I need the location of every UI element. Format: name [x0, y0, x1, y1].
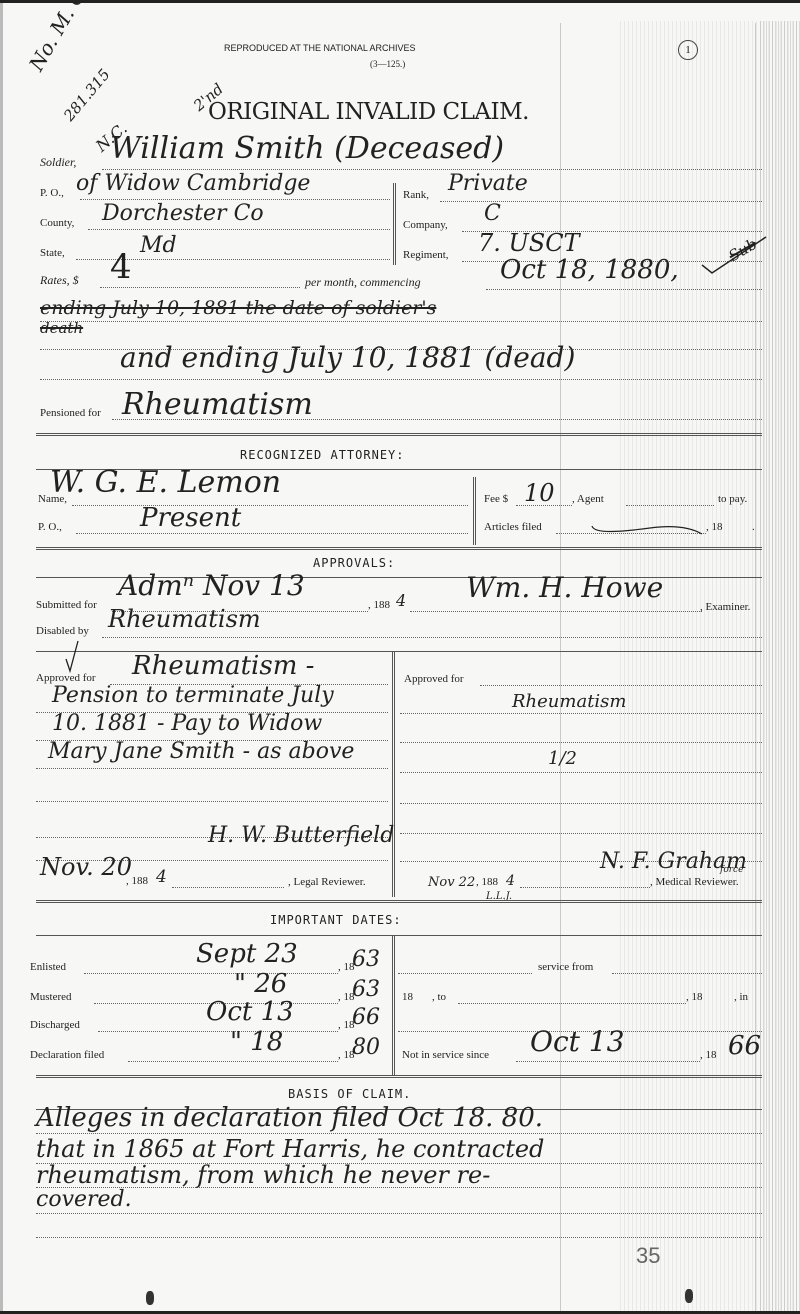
section-divider	[36, 900, 762, 903]
state-label: State,	[40, 247, 65, 259]
regiment-label: Regiment,	[403, 249, 449, 261]
legal-review-date: Nov. 20	[40, 853, 132, 881]
legal-reviewer-signature: H. W. Butterfield	[208, 823, 394, 848]
enlisted-line	[84, 973, 338, 974]
page-left-edge	[0, 3, 3, 1314]
not-in-service-year-suffix: 66	[728, 1031, 761, 1061]
left-approved-line-4-text: Mary Jane Smith - as above	[48, 739, 354, 764]
service-from-label: service from	[538, 961, 593, 973]
discharged-line	[98, 1031, 338, 1032]
soldier-line	[102, 169, 762, 170]
attorney-po-label: P. O.,	[38, 521, 62, 533]
articles-filed-period: .	[752, 521, 755, 533]
service-prefix-line	[398, 973, 532, 974]
agent-label: , Agent	[572, 493, 604, 505]
scan-texture-edge	[760, 21, 800, 1311]
approvals-section-title: APPROVALS:	[313, 556, 395, 570]
right-approved-line-1	[480, 685, 762, 686]
right-approved-fraction: 1/2	[548, 748, 577, 769]
margin-note-certificate: 281.315	[60, 65, 114, 124]
soldier-column-divider	[393, 183, 396, 265]
basis-line-4-text: covered.	[36, 1187, 132, 1212]
fee-label: Fee $	[484, 493, 508, 505]
articles-filed-label: Articles filed	[484, 521, 542, 533]
commencing-value: Oct 18, 1880,	[500, 255, 679, 285]
submitted-year-suffix: 4	[396, 591, 406, 610]
legal-reviewer-label: , Legal Reviewer.	[288, 876, 366, 888]
rank-label: Rank,	[403, 189, 429, 201]
submitted-for-value: Admⁿ Nov 13	[118, 569, 305, 602]
section-divider	[36, 547, 762, 550]
pensioned-for-value: Rheumatism	[122, 387, 313, 422]
attorney-name-value: W. G. E. Lemon	[50, 465, 281, 500]
rate-value: 4	[110, 247, 132, 287]
articles-filed-year: , 18	[706, 521, 723, 533]
rates-label: Rates, $	[40, 273, 79, 288]
medical-reviewer-line	[520, 887, 650, 888]
ink-blot	[146, 1291, 154, 1305]
struck-death-text: death	[40, 319, 83, 337]
form-number: (3—125.)	[370, 59, 405, 69]
dates-column-divider	[392, 935, 395, 1075]
attorney-column-divider	[473, 477, 476, 545]
fee-value: 10	[524, 479, 555, 507]
medical-note: force	[720, 865, 743, 875]
declaration-filed-label: Declaration filed	[30, 1049, 104, 1061]
right-approved-line-5	[400, 803, 762, 804]
county-line	[88, 229, 390, 230]
mustered-label: Mustered	[30, 991, 72, 1003]
commencing-line	[486, 289, 762, 290]
left-approved-line-5	[36, 801, 388, 802]
examiner-signature: Wm. H. Howe	[466, 571, 663, 604]
county-value: Dorchester Co	[102, 201, 264, 226]
medical-reviewer-label: , Medical Reviewer.	[650, 876, 739, 888]
examiner-line	[410, 611, 702, 612]
attorney-section-title: RECOGNIZED ATTORNEY:	[240, 448, 405, 462]
not-in-service-label: Not in service since	[402, 1049, 489, 1061]
dates-top-rule	[36, 935, 762, 936]
section-divider	[36, 433, 762, 436]
medical-year-prefix: , 188	[476, 876, 498, 888]
right-approved-line-6	[400, 833, 762, 834]
fold-line	[560, 23, 561, 1313]
per-month-label: per month, commencing	[305, 275, 421, 290]
right-approved-line-1-text: Rheumatism	[512, 691, 627, 712]
claim-document-page: REPRODUCED AT THE NATIONAL ARCHIVES (3—1…	[0, 0, 800, 1314]
county-label: County,	[40, 217, 74, 229]
page-number: 35	[636, 1243, 660, 1269]
not-in-service-line	[516, 1061, 700, 1062]
state-value: Md	[140, 233, 177, 258]
margin-note-number: No. M. C.	[24, 0, 93, 75]
left-approved-line-4	[36, 768, 388, 769]
rates-line	[100, 287, 300, 288]
not-in-service-year-prefix: , 18	[700, 1049, 717, 1061]
archives-stamp: REPRODUCED AT THE NATIONAL ARCHIVES	[224, 43, 416, 53]
enlisted-year-suffix: 63	[352, 947, 380, 972]
corner-number-badge: 1	[678, 40, 698, 60]
discharged-label: Discharged	[30, 1019, 80, 1031]
right-approved-for-label: Approved for	[404, 673, 464, 685]
disabled-by-value: Rheumatism	[108, 605, 261, 633]
legal-year-prefix: , 188	[126, 875, 148, 887]
to-year-label: , 18	[686, 991, 703, 1003]
basis-line-1	[36, 1133, 762, 1134]
document-title: ORIGINAL INVALID CLAIM.	[208, 99, 529, 125]
examiner-label: , Examiner.	[700, 601, 750, 613]
medical-year-suffix: 4	[506, 873, 515, 889]
discharged-year-suffix: 66	[352, 1005, 380, 1030]
left-approved-line-2-text: Pension to terminate July	[52, 683, 334, 708]
ending-value: and ending July 10, 1881 (dead)	[120, 341, 575, 374]
discharged-value: Oct 13	[206, 997, 294, 1027]
attorney-name-line	[72, 505, 468, 506]
po-value: of Widow Cambridge	[76, 171, 310, 196]
left-approved-line-3-text: 10. 1881 - Pay to Widow	[52, 711, 322, 736]
basis-line-1-text: Alleges in declaration filed Oct 18. 80.	[36, 1103, 543, 1133]
enlisted-label: Enlisted	[30, 961, 66, 973]
attorney-po-value: Present	[140, 503, 241, 533]
po-line	[80, 199, 390, 200]
company-value: C	[484, 201, 501, 226]
pensioned-for-label: Pensioned for	[40, 407, 101, 419]
margin-line	[755, 23, 756, 1313]
mustered-value: " 26	[234, 969, 287, 999]
attorney-po-line	[76, 533, 468, 534]
declaration-filed-value: " 18	[230, 1027, 283, 1057]
service-year-18: 18	[402, 991, 413, 1003]
to-label: , to	[432, 991, 446, 1003]
right-approved-line-4	[400, 772, 762, 773]
basis-line-2-text: that in 1865 at Fort Harris, he contract…	[36, 1135, 544, 1163]
service-from-line	[612, 973, 762, 974]
basis-line-4	[36, 1213, 762, 1214]
rates-line-4	[40, 379, 762, 380]
important-dates-section-title: IMPORTANT DATES:	[270, 913, 402, 927]
submitted-for-label: Submitted for	[36, 599, 97, 611]
medical-review-date: Nov 22	[428, 875, 475, 890]
rates-line-2	[40, 321, 762, 322]
basis-line-5	[36, 1237, 762, 1238]
check-mark-icon	[700, 235, 770, 275]
check-mark-icon	[62, 639, 82, 673]
legal-reviewer-line	[172, 887, 284, 888]
basis-line-3-text: rheumatism, from which he never re-	[36, 1161, 490, 1189]
to-pay-label: to pay.	[718, 493, 747, 505]
declaration-year-suffix: 80	[352, 1035, 380, 1060]
basis-of-claim-section-title: BASIS OF CLAIM.	[288, 1087, 411, 1101]
ink-blot	[685, 1289, 693, 1303]
declaration-filed-line	[128, 1061, 338, 1062]
to-line	[458, 1003, 686, 1004]
disabled-by-line	[102, 637, 762, 638]
soldier-value: William Smith (Deceased)	[110, 131, 504, 166]
not-in-service-value: Oct 13	[530, 1025, 624, 1058]
regiment-value: 7. USCT	[478, 229, 580, 257]
agent-line	[626, 505, 714, 506]
enlisted-value: Sept 23	[196, 939, 298, 969]
submitted-year-prefix: , 188	[368, 599, 390, 611]
articles-filed-dash	[590, 521, 705, 535]
legal-year-suffix: 4	[156, 867, 167, 887]
po-label: P. O.,	[40, 187, 64, 199]
in-label: , in	[734, 991, 748, 1003]
mustered-year-suffix: 63	[352, 977, 380, 1002]
approvals-column-divider	[392, 651, 395, 897]
struck-ending-text: ending July 10, 1881 the date of soldier…	[40, 297, 436, 319]
disabled-by-label: Disabled by	[36, 625, 89, 637]
right-approved-line-3	[400, 742, 762, 743]
section-divider	[36, 1075, 762, 1078]
soldier-label: Soldier,	[40, 155, 76, 170]
right-approved-line-2	[400, 713, 762, 714]
rank-value: Private	[448, 171, 528, 196]
company-label: Company,	[403, 219, 448, 231]
left-approved-line-1-text: Rheumatism -	[132, 651, 314, 681]
